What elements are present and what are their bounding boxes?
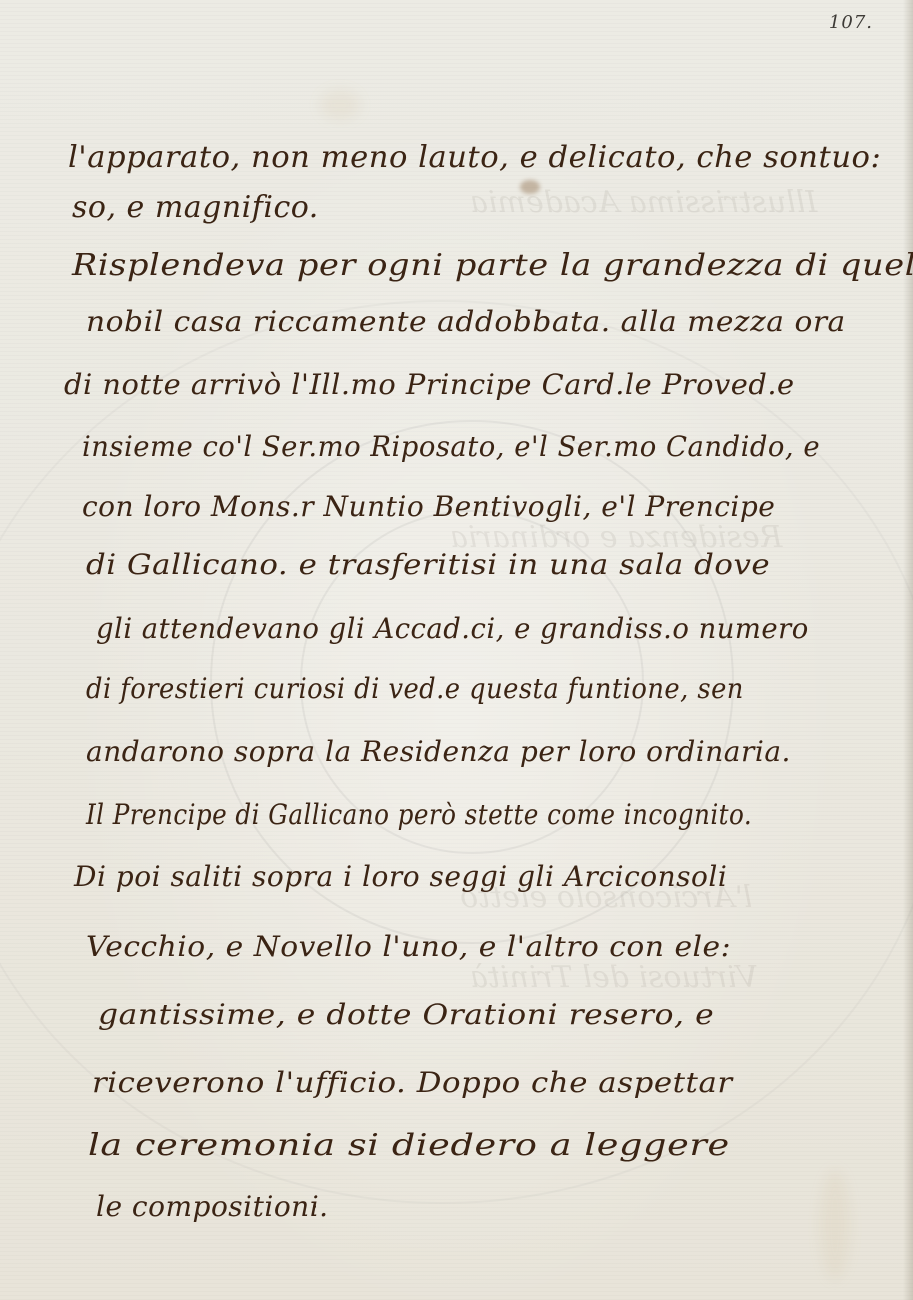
- text-line: gantissime, e dotte Orationi resero, e: [98, 998, 714, 1031]
- text-line: insieme co'l Ser.mo Riposato, e'l Ser.mo…: [82, 430, 820, 463]
- text-line: gli attendevano gli Accad.ci, e grandiss…: [96, 612, 809, 645]
- text-line: riceverono l'ufficio. Doppo che aspettar: [92, 1066, 733, 1099]
- text-line: la ceremonia si diedero a leggere: [88, 1128, 730, 1163]
- text-line: con loro Mons.r Nuntio Bentivogli, e'l P…: [82, 490, 775, 523]
- text-line: Di poi saliti sopra i loro seggi gli Arc…: [74, 860, 727, 893]
- text-line: l'apparato, non meno lauto, e delicato, …: [68, 140, 881, 175]
- text-line: Risplendeva per ogni parte la grandezza …: [72, 248, 913, 283]
- text-line: di notte arrivò l'Ill.mo Principe Card.l…: [64, 368, 795, 401]
- text-line: di Gallicano. e trasferitisi in una sala…: [86, 548, 770, 581]
- manuscript-text: l'apparato, non meno lauto, e delicato, …: [0, 0, 913, 1300]
- manuscript-page: Illustrissima Academia Residenza e ordin…: [0, 0, 913, 1300]
- text-line: le compositioni.: [96, 1190, 329, 1223]
- text-line: di forestieri curiosi di ved.e questa fu…: [86, 672, 744, 705]
- text-line: nobil casa riccamente addobbata. alla me…: [86, 305, 846, 338]
- text-line: Il Prencipe di Gallicano però stette com…: [86, 798, 752, 831]
- ink-dot: [313, 1205, 316, 1208]
- text-line: Vecchio, e Novello l'uno, e l'altro con …: [86, 930, 731, 963]
- text-line: so, e magnifico.: [72, 190, 319, 225]
- text-line: andarono sopra la Residenza per loro ord…: [86, 735, 791, 768]
